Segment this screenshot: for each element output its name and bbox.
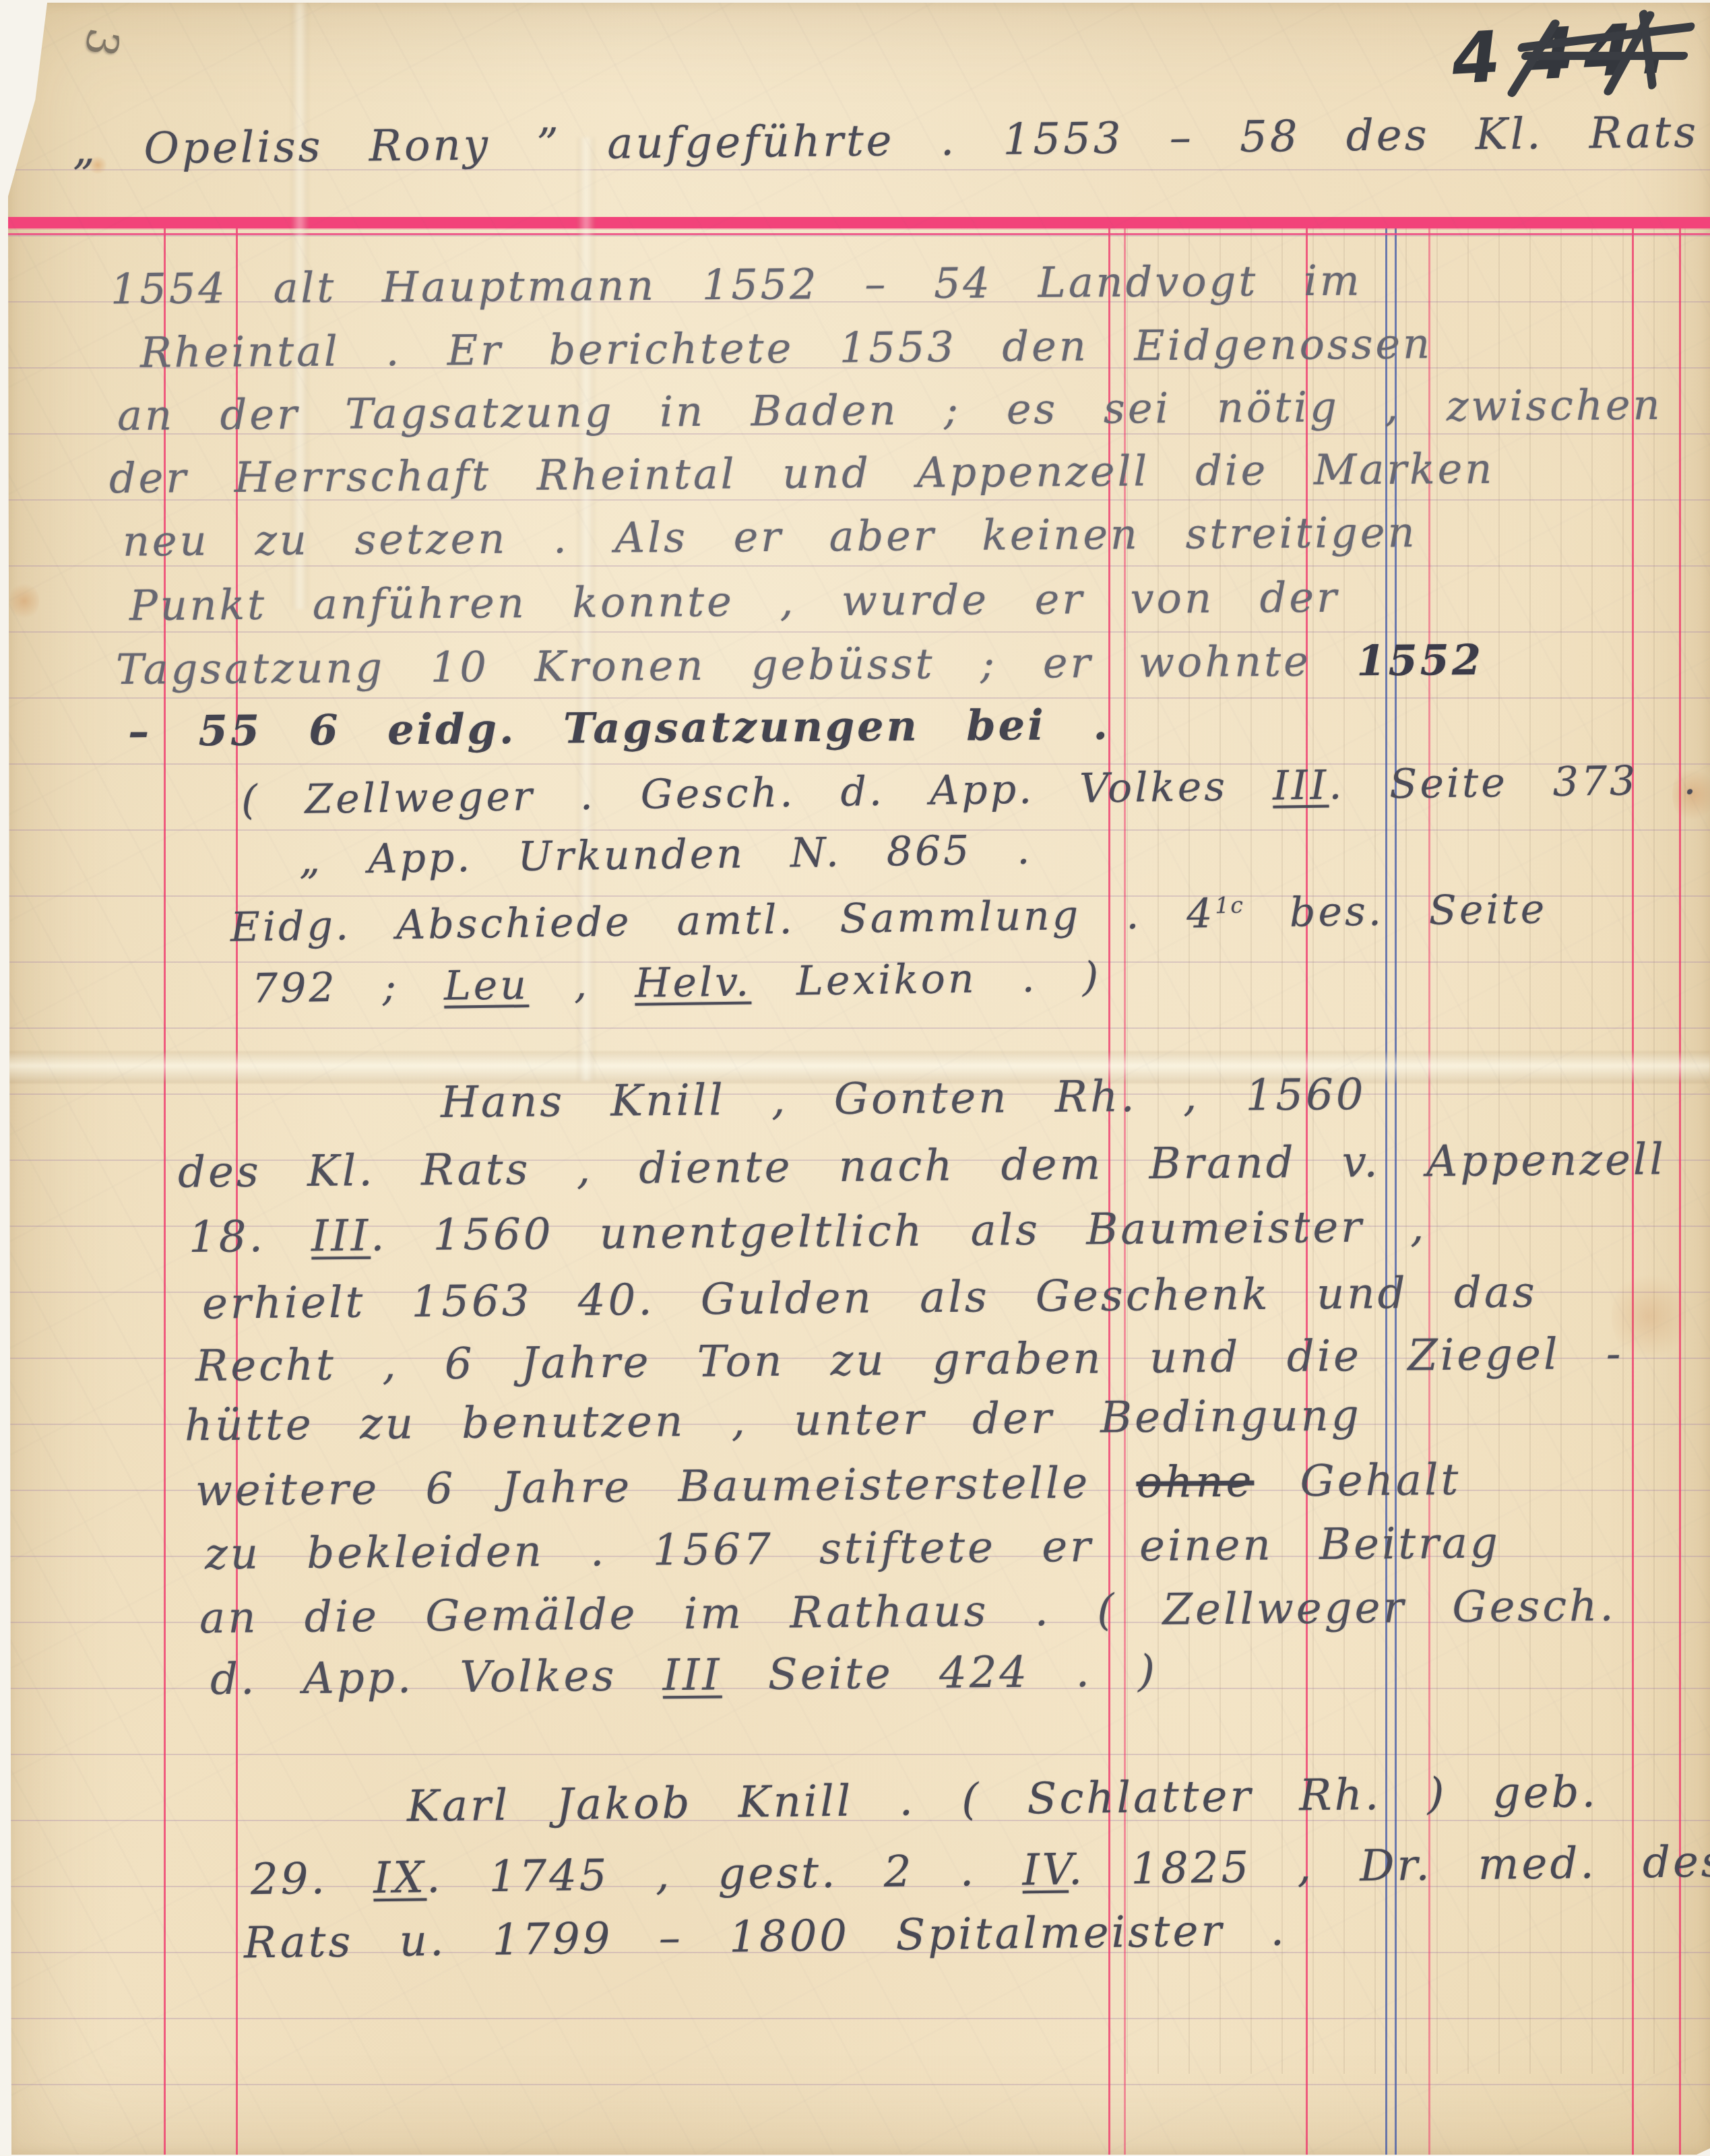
handwriting-segment: III — [662, 1651, 722, 1701]
handwriting-segment: Hans Knill , Gonten Rh. , 1560 — [441, 1070, 1366, 1128]
handwriting-segment: neu zu setzen . Als er aber keinen strei… — [123, 507, 1418, 565]
handwriting-segment: . 1560 unentgeltlich als Baumeister , — [371, 1202, 1427, 1261]
handwriting-segment: Seite 424 . ) — [722, 1647, 1158, 1701]
handwriting-segment: hütte zu benutzen , unter der Bedingung — [185, 1391, 1362, 1451]
page-number-scribble: 44. — [1517, 5, 1686, 96]
handwriting-segment: Gehalt — [1254, 1455, 1461, 1507]
handwriting-segment: IV — [1022, 1845, 1069, 1896]
handwriting-segment: Punkt anführen konnte , wurde er von der — [129, 573, 1339, 631]
handwriting-segment: . Seite 373 . — [1329, 757, 1699, 809]
scratch-stroke — [1521, 52, 1689, 60]
handwriting-segment: Rheintal . Er berichtete 1553 den Eidgen… — [140, 319, 1433, 377]
handwriting-segment: – 55 6 eidg. Tagsatzungen bei . — [128, 700, 1110, 756]
handwritten-line: der Herrschaft Rheintal und Appenzell di… — [109, 444, 1495, 503]
handwriting-segment: . 1745 , gest. 2 . — [426, 1845, 1023, 1903]
page-number-digit: 4 — [1447, 15, 1505, 101]
handwritten-line: – 55 6 eidg. Tagsatzungen bei . — [128, 700, 1110, 756]
handwriting-segment: der Herrschaft Rheintal und Appenzell di… — [109, 444, 1495, 503]
handwriting-segment: weitere 6 Jahre Baumeisterstelle — [195, 1458, 1137, 1516]
handwriting-segment: bes. Seite — [1244, 885, 1547, 937]
handwriting-segment: 18. — [189, 1211, 312, 1263]
handwriting-segment: Tagsatzung 10 Kronen gebüsst ; er wohnte — [116, 636, 1357, 694]
handwritten-line: Hans Knill , Gonten Rh. , 1560 — [441, 1070, 1366, 1128]
handwriting-segment: 792 ; — [252, 963, 445, 1013]
handwriting-segment: 29. — [251, 1853, 374, 1905]
handwriting-segment: III — [1273, 762, 1329, 810]
handwritten-line: Punkt anführen konnte , wurde er von der — [129, 573, 1339, 631]
paper-sheet: „ Opeliss Rony ” aufgeführte . 1553 – 58… — [8, 3, 1710, 2155]
handwritten-line: Rheintal . Er berichtete 1553 den Eidgen… — [140, 319, 1433, 377]
handwritten-line: neu zu setzen . Als er aber keinen strei… — [123, 507, 1418, 565]
handwriting-segment: Helv. — [635, 958, 752, 1007]
page-number: 4 44. — [1449, 6, 1680, 100]
handwriting-segment: ohne — [1136, 1457, 1254, 1508]
handwriting-segment: Lexikon . ) — [751, 953, 1101, 1005]
handwriting-segment: d. App. Volkes — [210, 1651, 663, 1705]
handwriting-segment: IX — [373, 1853, 427, 1903]
handwriting-segment: 1552 — [1356, 635, 1484, 685]
handwritten-line: Tagsatzung 10 Kronen gebüsst ; er wohnte… — [116, 635, 1484, 694]
scanned-manuscript-page: „ Opeliss Rony ” aufgeführte . 1553 – 58… — [0, 0, 1710, 2156]
handwriting-segment: III — [311, 1211, 371, 1262]
handwriting-segment: 1c — [1215, 892, 1244, 919]
handwriting-segment: , — [528, 960, 635, 1009]
handwritten-line: 1554 alt Hauptmann 1552 – 54 Landvogt im — [110, 256, 1362, 314]
handwritten-line: d. App. Volkes III Seite 424 . ) — [210, 1647, 1158, 1705]
handwriting-segment: . 1825 , Dr. med. des — [1068, 1837, 1710, 1895]
handwriting-segment: 1554 alt Hauptmann 1552 – 54 Landvogt im — [110, 256, 1362, 314]
handwritten-line: hütte zu benutzen , unter der Bedingung — [185, 1391, 1362, 1451]
handwriting-segment: Leu — [443, 961, 529, 1010]
